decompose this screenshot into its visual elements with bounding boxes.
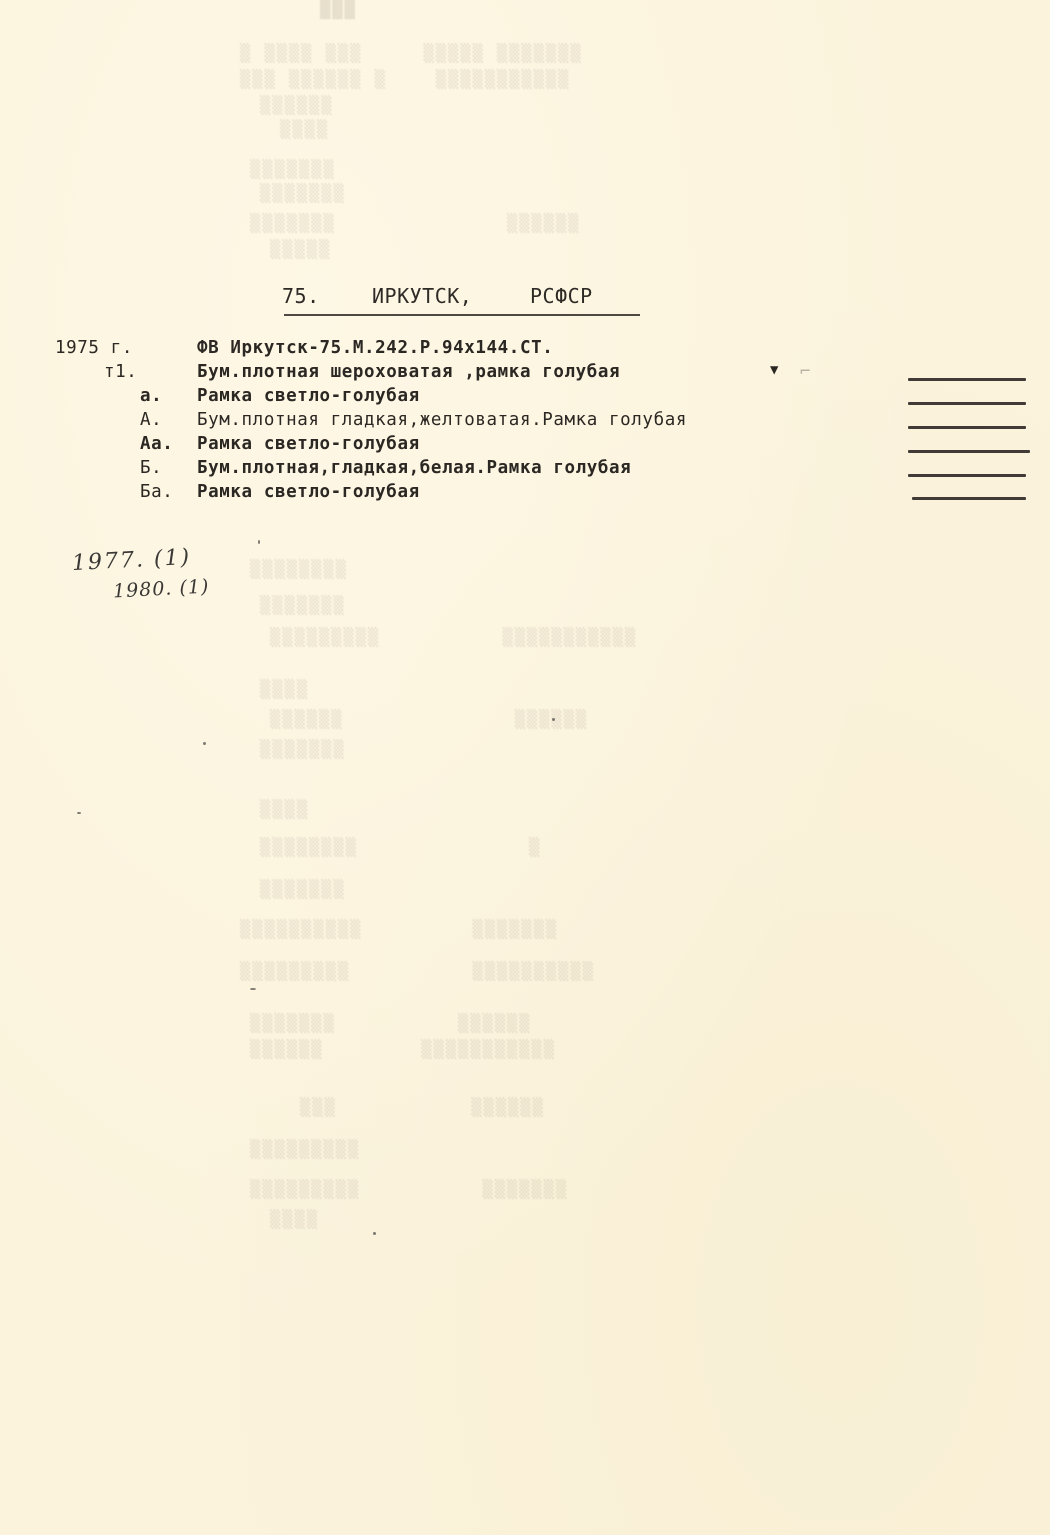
bleed-through-text: ▒▒▒▒ bbox=[260, 680, 309, 700]
republic-name: РСФСР bbox=[530, 284, 593, 308]
entry-text: Бум.плотная гладкая,желтоватая.Рамка гол… bbox=[197, 410, 687, 430]
rule-line bbox=[912, 497, 1026, 500]
entry-label: Аа. bbox=[140, 434, 173, 454]
bleed-through-text: ▒▒▒▒▒▒ ▒▒▒▒▒▒▒▒▒▒▒ bbox=[250, 1040, 556, 1060]
bleed-through-text: ▒▒▒▒▒▒▒ bbox=[260, 596, 346, 616]
entry-text: Бум.плотная,гладкая,белая.Рамка голубая bbox=[197, 458, 631, 478]
bleed-through-text: ▒▒▒▒▒ bbox=[270, 240, 331, 260]
bleed-through-text: ▒▒▒▒▒▒▒ bbox=[260, 184, 346, 204]
bleed-through-text: ▒▒▒▒▒▒▒ ▒▒▒▒▒▒ bbox=[250, 1014, 531, 1034]
bleed-through-text: ███ bbox=[320, 0, 357, 20]
bleed-through-text: ▒▒▒▒▒▒▒▒▒ bbox=[250, 1140, 360, 1160]
bleed-through-text: ▒▒▒▒▒▒▒ ▒▒▒▒▒▒ bbox=[250, 214, 580, 234]
ink-speck bbox=[203, 742, 206, 745]
entry-text: ФВ Иркутск-75.М.242.Р.94х144.СТ. bbox=[197, 338, 553, 358]
bleed-through-text: ▒▒▒ ▒▒▒▒▒▒ bbox=[300, 1098, 545, 1118]
ink-speck bbox=[552, 718, 555, 721]
bleed-through-text: ▒▒▒▒▒▒▒▒ bbox=[250, 560, 348, 580]
bleed-through-text: ▒▒▒▒▒▒▒▒▒▒ ▒▒▒▒▒▒▒ bbox=[240, 920, 558, 940]
handwritten-note: 1980. (1) bbox=[112, 575, 209, 602]
entry-label: А. bbox=[140, 410, 162, 430]
entry-text: Рамка светло-голубая bbox=[197, 434, 420, 454]
bleed-through-text: ▒▒▒ ▒▒▒▒▒▒ ▒ ▒▒▒▒▒▒▒▒▒▒▒ bbox=[240, 70, 570, 90]
bleed-through-text: ▒▒▒▒ bbox=[280, 120, 329, 140]
ink-speck bbox=[250, 988, 256, 990]
triangle-mark-icon: ▼ bbox=[770, 362, 779, 378]
rule-line bbox=[908, 426, 1026, 429]
entry-label: Б. bbox=[140, 458, 162, 478]
handwritten-note: 1977. (1) bbox=[71, 545, 191, 576]
rule-line bbox=[908, 450, 1030, 453]
entry-label: т1. bbox=[104, 362, 137, 382]
entry-text: Бум.плотная шероховатая ,рамка голубая bbox=[197, 362, 620, 382]
entry-text: Рамка светло-голубая bbox=[197, 482, 420, 502]
bleed-through-text: ▒ ▒▒▒▒ ▒▒▒ ▒▒▒▒▒ ▒▒▒▒▒▒▒ bbox=[240, 44, 583, 64]
rule-line bbox=[908, 378, 1026, 381]
rule-line bbox=[908, 474, 1026, 477]
entry-label: Ба. bbox=[140, 482, 173, 502]
ink-speck bbox=[77, 812, 81, 814]
faint-mark: ⌐ bbox=[800, 362, 811, 382]
bleed-through-text: ▒▒▒▒▒▒ ▒▒▒▒▒▒ bbox=[270, 710, 588, 730]
bleed-through-text: ▒▒▒▒▒▒ bbox=[260, 96, 333, 116]
city-name: ИРКУТСК, bbox=[372, 284, 472, 308]
bleed-through-text: ▒▒▒▒▒▒▒▒ ▒ bbox=[260, 838, 541, 858]
bleed-through-text: ▒▒▒▒▒▒▒ bbox=[260, 880, 346, 900]
entry-label: 1975 г. bbox=[55, 338, 133, 358]
bleed-through-text: ▒▒▒▒ bbox=[260, 800, 309, 820]
bleed-through-text: ▒▒▒▒▒▒▒ bbox=[260, 740, 346, 760]
bleed-through-text: ▒▒▒▒▒▒▒ bbox=[250, 160, 336, 180]
section-number: 75. bbox=[282, 284, 320, 308]
entry-label: а. bbox=[140, 386, 162, 406]
bleed-through-text: ▒▒▒▒▒▒▒▒▒ ▒▒▒▒▒▒▒ bbox=[250, 1180, 568, 1200]
ink-speck bbox=[373, 1232, 376, 1235]
rule-line bbox=[908, 402, 1026, 405]
bleed-through-text: ▒▒▒▒▒▒▒▒▒ ▒▒▒▒▒▒▒▒▒▒ bbox=[240, 962, 595, 982]
bleed-through-text: ▒▒▒▒▒▒▒▒▒ ▒▒▒▒▒▒▒▒▒▒▒ bbox=[270, 628, 637, 648]
ink-speck bbox=[258, 540, 260, 544]
entry-text: Рамка светло-голубая bbox=[197, 386, 420, 406]
bleed-through-text: ▒▒▒▒ bbox=[270, 1210, 319, 1230]
document-page: ███ ▒ ▒▒▒▒ ▒▒▒ ▒▒▒▒▒ ▒▒▒▒▒▒▒ ▒▒▒ ▒▒▒▒▒▒ … bbox=[0, 0, 1050, 1535]
heading-underline bbox=[284, 314, 640, 316]
